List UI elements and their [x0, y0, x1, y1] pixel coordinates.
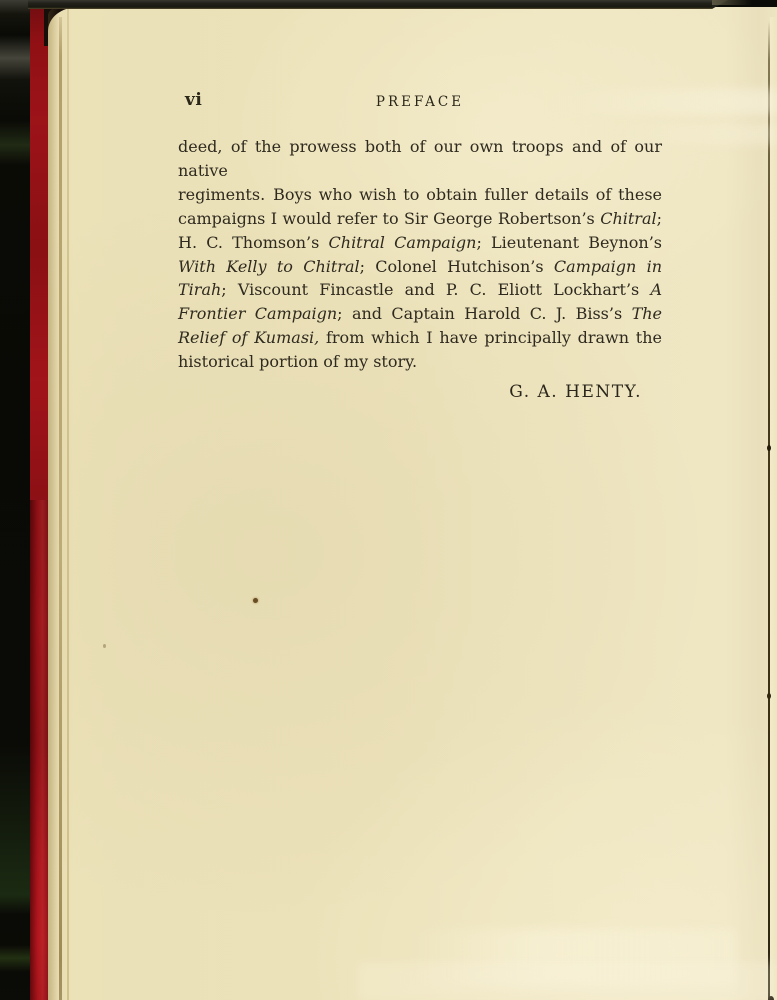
- running-title: PREFACE: [178, 94, 662, 110]
- top-edge-fade: [712, 0, 752, 5]
- preface-lines: deed, of the prowess both of our own tro…: [178, 135, 662, 374]
- typeset-content: vi PREFACE deed, of the prowess both of …: [48, 7, 777, 1000]
- text-line: H. C. Thomson’s Chitral Campaign; Lieute…: [178, 231, 662, 255]
- text-line: Tirah; Viscount Fincastle and P. C. Elio…: [178, 278, 662, 302]
- top-edge-shadow: [28, 0, 712, 9]
- text-line: regiments. Boys who wish to obtain fulle…: [178, 183, 662, 207]
- page-header: vi PREFACE: [178, 90, 662, 116]
- text-line: Relief of Kumasi, from which I have prin…: [178, 326, 662, 350]
- preface-paragraph: deed, of the prowess both of our own tro…: [178, 135, 662, 405]
- text-line: deed, of the prowess both of our own tro…: [178, 135, 662, 183]
- text-line: campaigns I would refer to Sir George Ro…: [178, 207, 662, 231]
- scanned-book-page: vi PREFACE deed, of the prowess both of …: [0, 0, 777, 1000]
- author-signature: G. A. HENTY.: [178, 381, 662, 405]
- text-line: historical portion of my story.: [178, 350, 662, 374]
- paper-page: vi PREFACE deed, of the prowess both of …: [48, 7, 777, 1000]
- text-line: With Kelly to Chitral; Colonel Hutchison…: [178, 255, 662, 279]
- text-line: Frontier Campaign; and Captain Harold C.…: [178, 302, 662, 326]
